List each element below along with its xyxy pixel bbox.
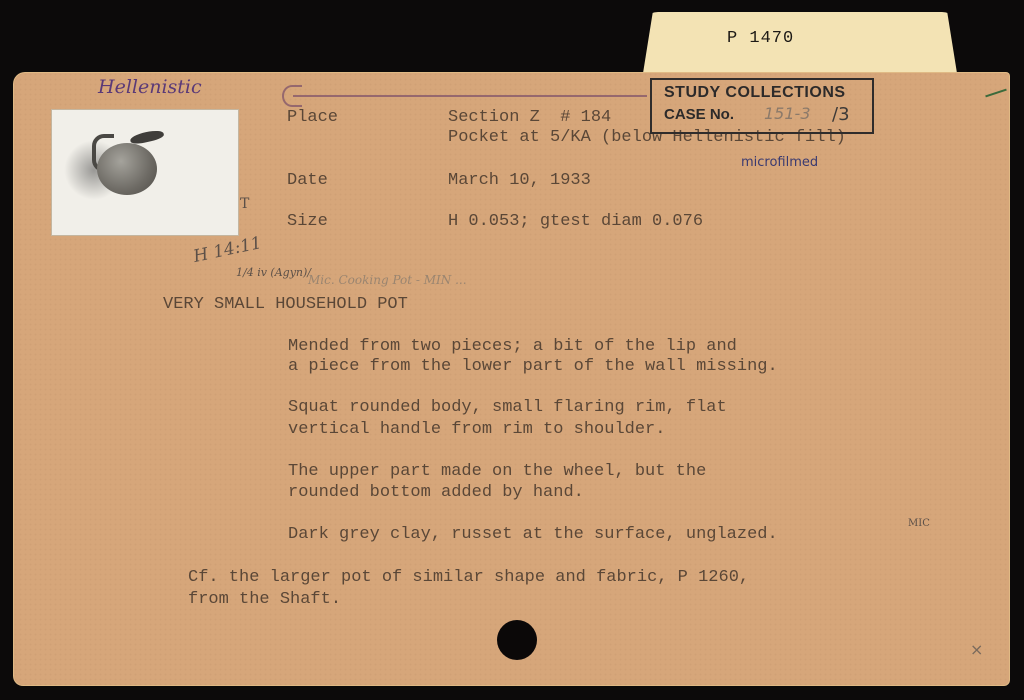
size-value: H 0.053; gtest diam 0.076 [448, 212, 703, 231]
t-mark: T [240, 196, 249, 212]
place-label: Place [287, 108, 338, 127]
description-3a: The upper part made on the wheel, but th… [288, 462, 706, 481]
case-number: 151-3 [764, 104, 811, 123]
case-suffix: /3 [832, 104, 850, 125]
case-label: CASE No. [664, 106, 734, 123]
description-1b: a piece from the lower part of the wall … [288, 357, 778, 376]
description-4a: Dark grey clay, russet at the surface, u… [288, 525, 778, 544]
x-mark-icon: × [970, 640, 983, 659]
description-3b: rounded bottom added by hand. [288, 483, 584, 502]
description-2a: Squat rounded body, small flaring rim, f… [288, 398, 727, 417]
period-annotation: Hellenistic [98, 76, 202, 98]
storage-note: 1/4 iv (Agyn)/ [236, 266, 311, 279]
stamp-title: STUDY COLLECTIONS [664, 84, 846, 102]
punch-hole [497, 620, 537, 660]
object-title: VERY SMALL HOUSEHOLD POT [163, 295, 408, 314]
comparison-line1: Cf. the larger pot of similar shape and … [188, 568, 749, 587]
artifact-photo [51, 109, 239, 236]
place-value-line1: Section Z # 184 [448, 108, 611, 127]
pot-body [97, 143, 157, 195]
date-label: Date [287, 171, 328, 190]
pot-rim [129, 129, 164, 146]
description-1a: Mended from two pieces; a bit of the lip… [288, 337, 737, 356]
date-value: March 10, 1933 [448, 171, 591, 190]
pencil-note: Mic. Cooking Pot - MIN ... [308, 273, 467, 287]
comparison-line2: from the Shaft. [188, 590, 341, 609]
study-collections-stamp: STUDY COLLECTIONS CASE No. 151-3 /3 [650, 78, 874, 134]
size-label: Size [287, 212, 328, 231]
microfilmed-stamp: microfilmed [741, 155, 818, 170]
arrow-line [293, 95, 647, 97]
catalog-number: P 1470 [727, 29, 794, 48]
description-2b: vertical handle from rim to shoulder. [288, 420, 665, 439]
mic-margin-note: MIC [908, 518, 930, 529]
